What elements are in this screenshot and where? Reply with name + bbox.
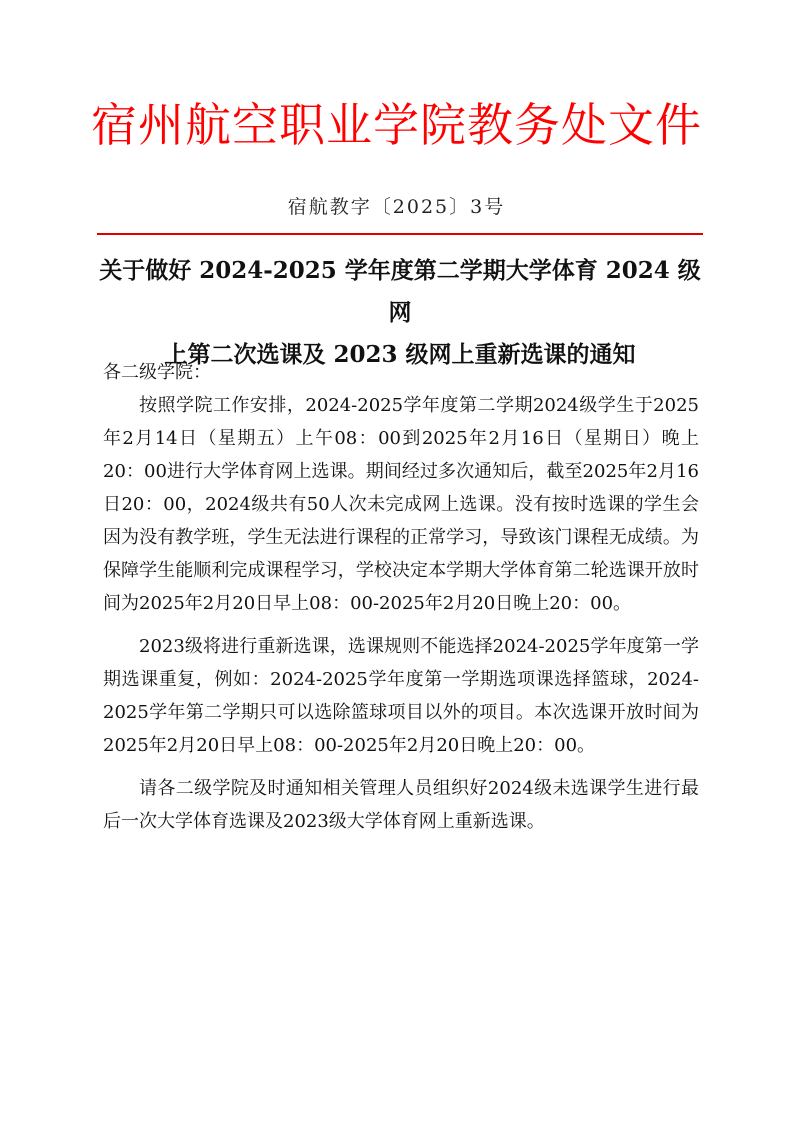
salutation: 各二级学院：: [103, 356, 699, 389]
paragraph-instructions: 请各二级学院及时通知相关管理人员组织好2024级未选课学生进行最后一次大学体育选…: [103, 772, 699, 838]
red-divider: [97, 233, 703, 235]
document-number: 宿航教字〔2025〕3号: [0, 193, 793, 221]
issuer-header: 宿州航空职业学院教务处文件: [0, 95, 793, 155]
notice-title-line-1: 关于做好 2024-2025 学年度第二学期大学体育 2024 级网: [97, 250, 703, 334]
document-page: 宿州航空职业学院教务处文件 宿航教字〔2025〕3号 关于做好 2024-202…: [0, 0, 793, 1122]
paragraph-schedule: 按照学院工作安排，2024-2025学年度第二学期2024级学生于2025年2月…: [103, 389, 699, 620]
paragraph-reselection-rules: 2023级将进行重新选课，选课规则不能选择2024-2025学年度第一学期选课重…: [103, 630, 699, 762]
notice-body: 各二级学院： 按照学院工作安排，2024-2025学年度第二学期2024级学生于…: [103, 356, 699, 838]
